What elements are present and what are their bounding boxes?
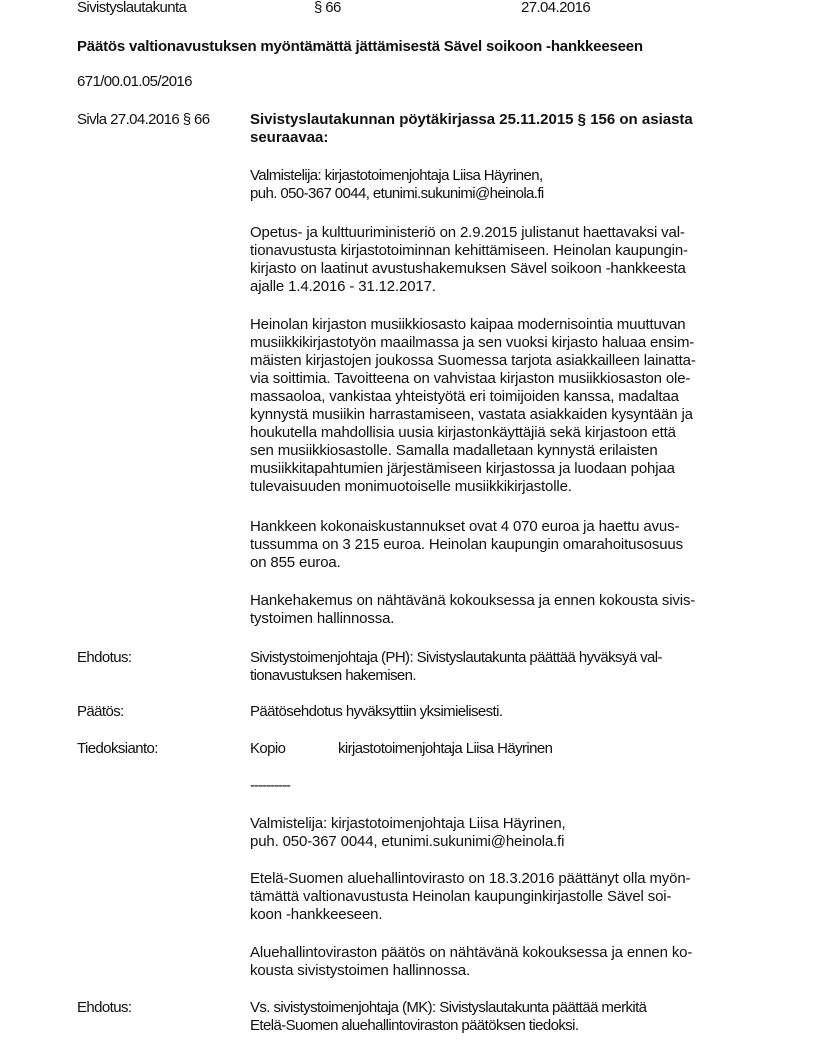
paragraph-line: tulevaisuuden monimuotoiselle musiikkiki…	[250, 478, 696, 496]
section-separator: ----------	[250, 777, 290, 795]
paragraph-line: musiikkikirjastotyön maailmassa ja sen v…	[250, 334, 696, 352]
decision-label: Päätös:	[77, 703, 124, 720]
paragraph-ministry-announcement: Opetus- ja kulttuuriministeriö on 2.9.20…	[250, 224, 688, 296]
paragraph-line: Hankehakemus on nähtävänä kokouksessa ja…	[250, 592, 695, 610]
notification-label: Tiedoksianto:	[77, 740, 158, 757]
paragraph-decision-availability: Aluehallintoviraston päätös on nähtävänä…	[250, 944, 692, 980]
paragraph-line: via soittimia. Tavoitteena on vahvistaa …	[250, 370, 696, 388]
paragraph-line: tussumma on 3 215 euroa. Heinolan kaupun…	[250, 536, 683, 554]
paragraph-line: tionavustusta kirjastotoiminnan kehittäm…	[250, 242, 688, 260]
paragraph-line: Etelä-Suomen aluehallintovirasto on 18.3…	[250, 870, 690, 888]
notification-copy-label: Kopio	[250, 740, 285, 758]
reference-heading-line: Sivistyslautakunnan pöytäkirjassa 25.11.…	[250, 111, 693, 129]
paragraph-line: Aluehallintoviraston päätös on nähtävänä…	[250, 944, 692, 962]
paragraph-line: houkutella mahdollisia uusia kirjastonkä…	[250, 424, 696, 442]
preparer-block-1: Valmistelija: kirjastotoimenjohtaja Liis…	[250, 167, 544, 203]
header-section: § 66	[314, 0, 341, 16]
preparer-line: Valmistelija: kirjastotoimenjohtaja Liis…	[250, 815, 566, 833]
paragraph-line: Heinolan kirjaston musiikkiosasto kaipaa…	[250, 316, 696, 334]
header-committee: Sivistyslautakunta	[77, 0, 186, 16]
reference-label: Sivla 27.04.2016 § 66	[77, 111, 210, 128]
paragraph-line: sen musiikkiosastolle. Samalla madalleta…	[250, 442, 696, 460]
preparer-contact: puh. 050-367 0044, etunimi.sukunimi@hein…	[250, 185, 544, 203]
paragraph-line: tämättä valtionavustusta Heinolan kaupun…	[250, 888, 690, 906]
reference-heading: Sivistyslautakunnan pöytäkirjassa 25.11.…	[250, 111, 693, 147]
proposal-label-1: Ehdotus:	[77, 649, 131, 666]
proposal-line: tionavustuksen hakemisen.	[250, 667, 662, 685]
notification-recipient: kirjastotoimenjohtaja Liisa Häyrinen	[338, 740, 552, 757]
header-date: 27.04.2016	[521, 0, 590, 16]
preparer-line: Valmistelija: kirjastotoimenjohtaja Liis…	[250, 167, 544, 185]
decision-text: Päätösehdotus hyväksyttiin yksimielisest…	[250, 703, 502, 721]
document-title: Päätös valtionavustuksen myöntämättä jät…	[77, 38, 643, 55]
paragraph-avi-decision: Etelä-Suomen aluehallintovirasto on 18.3…	[250, 870, 690, 924]
proposal-line: Etelä-Suomen aluehallintoviraston päätök…	[250, 1017, 646, 1035]
document-number: 671/00.01.05/2016	[77, 73, 192, 90]
paragraph-line: on 855 euroa.	[250, 554, 683, 572]
proposal-line: Sivistystoimenjohtaja (PH): Sivistyslaut…	[250, 649, 662, 667]
proposal-line: Vs. sivistystoimenjohtaja (MK): Sivistys…	[250, 999, 646, 1017]
paragraph-line: mäisten kirjastojen joukossa Suomessa ta…	[250, 352, 696, 370]
paragraph-line: kirjasto on laatinut avustushakemuksen S…	[250, 260, 688, 278]
paragraph-line: Hankkeen kokonaiskustannukset ovat 4 070…	[250, 518, 683, 536]
paragraph-line: tystoimen hallinnossa.	[250, 610, 695, 628]
paragraph-line: koon -hankkeeseen.	[250, 906, 690, 924]
reference-heading-line: seuraavaa:	[250, 129, 693, 147]
proposal-text-2: Vs. sivistystoimenjohtaja (MK): Sivistys…	[250, 999, 646, 1035]
paragraph-application-availability: Hankehakemus on nähtävänä kokouksessa ja…	[250, 592, 695, 628]
paragraph-project-goals: Heinolan kirjaston musiikkiosasto kaipaa…	[250, 316, 696, 496]
proposal-label-2: Ehdotus:	[77, 999, 131, 1016]
preparer-contact: puh. 050-367 0044, etunimi.sukunimi@hein…	[250, 833, 566, 851]
paragraph-line: kousta sivistystoimen hallinnossa.	[250, 962, 692, 980]
paragraph-line: kynnystä musiikin harrastamiseen, vastat…	[250, 406, 696, 424]
proposal-text-1: Sivistystoimenjohtaja (PH): Sivistyslaut…	[250, 649, 662, 685]
paragraph-line: massaoloa, vankistaa yhteistyötä eri toi…	[250, 388, 696, 406]
paragraph-project-costs: Hankkeen kokonaiskustannukset ovat 4 070…	[250, 518, 683, 572]
paragraph-line: musiikkitapahtumien järjestämiseen kirja…	[250, 460, 696, 478]
paragraph-line: ajalle 1.4.2016 - 31.12.2017.	[250, 278, 688, 296]
preparer-block-2: Valmistelija: kirjastotoimenjohtaja Liis…	[250, 815, 566, 851]
paragraph-line: Opetus- ja kulttuuriministeriö on 2.9.20…	[250, 224, 688, 242]
